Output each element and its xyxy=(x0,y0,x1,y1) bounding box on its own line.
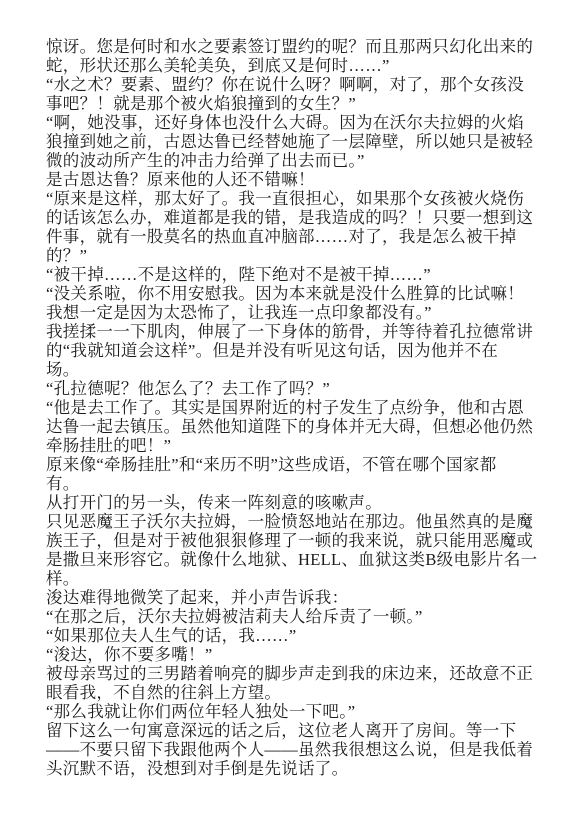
text-line: 我搓揉一一下肌肉，伸展了一下身体的筋骨，并等待着孔拉德常讲 xyxy=(46,322,540,341)
text-line: 原来像“牵肠挂肚”和“来历不明”这些成语，不管在哪个国家都 xyxy=(46,455,540,474)
text-line: 浚达难得地微笑了起来，并小声告诉我： xyxy=(46,588,540,607)
text-line: ——不要只留下我跟他两个人——虽然我很想这么说，但是我低着 xyxy=(46,740,540,759)
text-line: 事吧？！就是那个被火焰狼撞到的女生？” xyxy=(46,94,540,113)
text-line: “水之术？要素、盟约？你在说什么呀？啊啊，对了，那个女孩没 xyxy=(46,75,540,94)
text-line: 达鲁一起去镇压。虽然他知道陛下的身体并无大碍，但想必他仍然 xyxy=(46,417,540,436)
text-line: 的？” xyxy=(46,246,540,265)
text-line: “那么我就让你们两位年轻人独处一下吧。” xyxy=(46,702,540,721)
text-line: “啊，她没事，还好身体也没什么大碍。因为在沃尔夫拉姆的火焰 xyxy=(46,113,540,132)
text-line: 场。 xyxy=(46,360,540,379)
text-line: “如果那位夫人生气的话，我……” xyxy=(46,626,540,645)
text-line: “浚达，你不要多嘴！” xyxy=(46,645,540,664)
text-line: “没关系啦，你不用安慰我。因为本来就是没什么胜算的比试嘛！ xyxy=(46,284,540,303)
text-line: “被干掉……不是这样的，陛下绝对不是被干掉……” xyxy=(46,265,540,284)
text-line: “在那之后，沃尔夫拉姆被洁莉夫人给斥责了一顿。” xyxy=(46,607,540,626)
text-line: 的话该怎么办，难道都是我的错，是我造成的吗？！只要一想到这 xyxy=(46,208,540,227)
book-page: 惊讶。您是何时和水之要素签订盟约的呢？而且那两只幻化出来的 蛇，形状还那么美轮美… xyxy=(0,0,583,828)
text-line: 被母亲骂过的三男踏着响亮的脚步声走到我的床边来，还故意不正 xyxy=(46,664,540,683)
text-line: 只见恶魔王子沃尔夫拉姆，一脸愤怒地站在那边。他虽然真的是魔 xyxy=(46,512,540,531)
text-line: 件事，就有一股莫名的热血直冲脑部……对了，我是怎么被干掉 xyxy=(46,227,540,246)
text-line: 头沉默不语，没想到对手倒是先说话了。 xyxy=(46,759,540,778)
text-line: 样。 xyxy=(46,569,540,588)
text-line: 眼看我，不自然的往斜上方望。 xyxy=(46,683,540,702)
text-line: 是古恩达鲁？原来他的人还不错嘛！ xyxy=(46,170,540,189)
text-line: 有。 xyxy=(46,474,540,493)
text-line: 的“我就知道会这样”。但是并没有听见这句话，因为他并不在 xyxy=(46,341,540,360)
text-line: 我想一定是因为太恐怖了，让我连一点印象都没有。” xyxy=(46,303,540,322)
text-line: 从打开门的另一头，传来一阵刻意的咳嗽声。 xyxy=(46,493,540,512)
text-line: 微的波动所产生的冲击力给弹了出去而已。” xyxy=(46,151,540,170)
text-line: “孔拉德呢？他怎么了？去工作了吗？” xyxy=(46,379,540,398)
text-line: “原来是这样，那太好了。我一直很担心，如果那个女孩被火烧伤 xyxy=(46,189,540,208)
text-line: “他是去工作了。其实是国界附近的村子发生了点纷争，他和古恩 xyxy=(46,398,540,417)
text-line: 留下这么一句寓意深远的话之后，这位老人离开了房间。等一下 xyxy=(46,721,540,740)
text-block: 惊讶。您是何时和水之要素签订盟约的呢？而且那两只幻化出来的 蛇，形状还那么美轮美… xyxy=(46,37,540,778)
text-line: 狼撞到她之前，古恩达鲁已经替她施了一层障壁，所以她只是被轻 xyxy=(46,132,540,151)
text-line: 蛇，形状还那么美轮美奂，到底又是何时……” xyxy=(46,56,540,75)
text-line: 牵肠挂肚的吧！” xyxy=(46,436,540,455)
text-line: 族王子，但是对于被他狠狠修理了一顿的我来说，就只能用恶魔或 xyxy=(46,531,540,550)
text-line: 是撒旦来形容它。就像什么地狱、HELL、血狱这类B级电影片名一 xyxy=(46,550,540,569)
text-line: 惊讶。您是何时和水之要素签订盟约的呢？而且那两只幻化出来的 xyxy=(46,37,540,56)
